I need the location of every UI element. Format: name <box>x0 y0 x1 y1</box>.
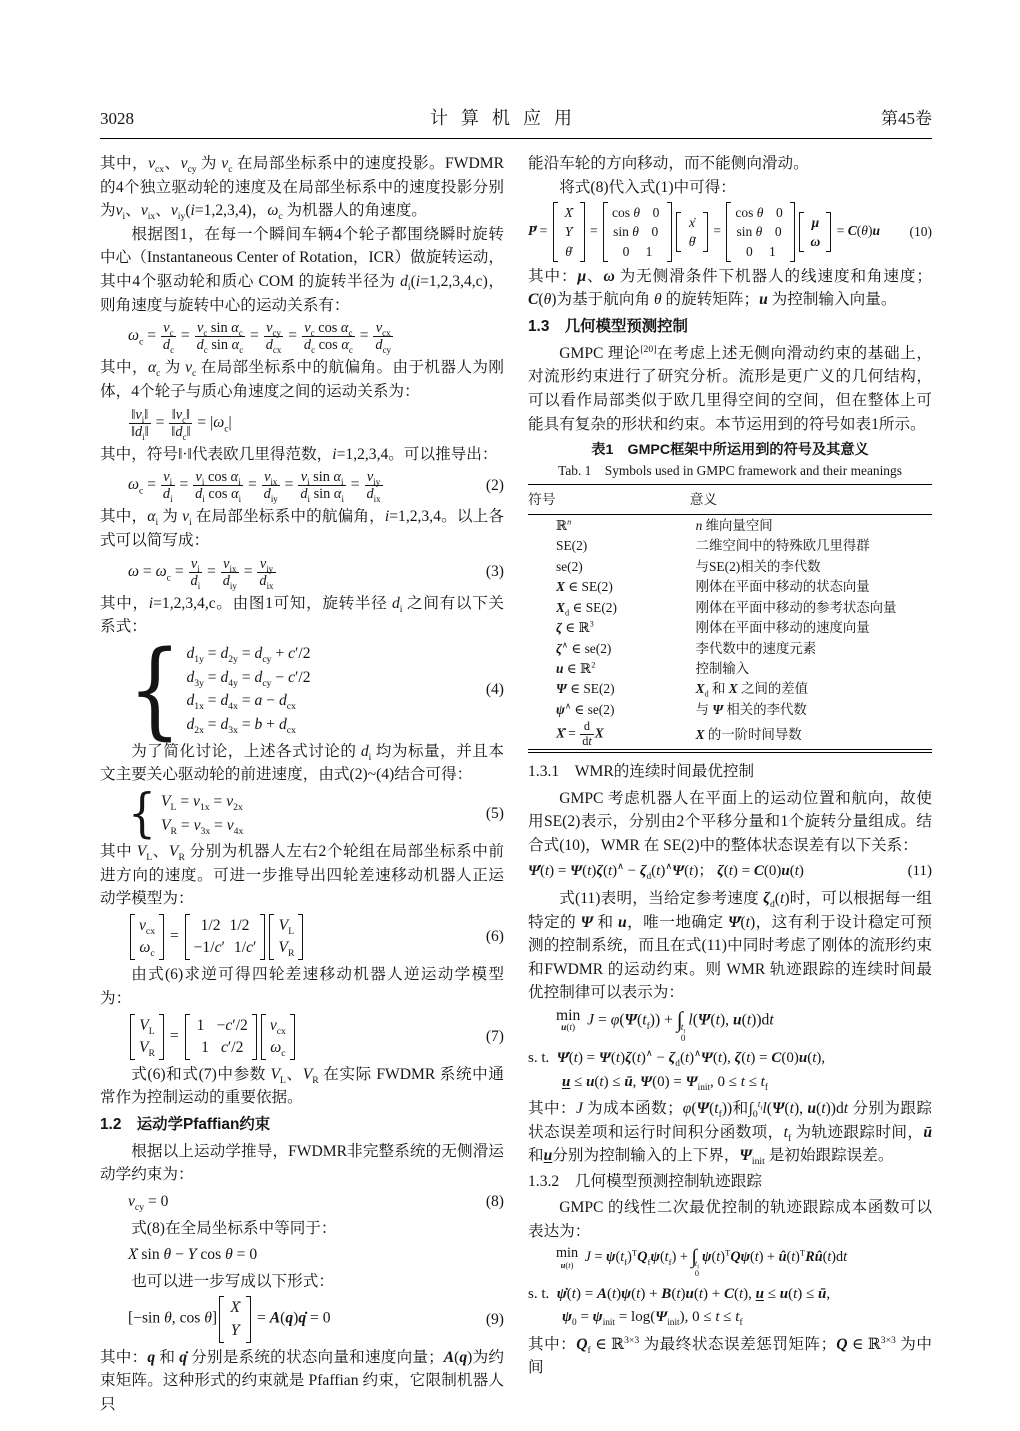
table-caption-zh: 表1 GMPC框架中所运用到的符号及其意义 <box>528 440 932 461</box>
paragraph-norm-note: 其中，符号‖·‖代表欧几里得范数，i=1,2,3,4。可以推导出： <box>100 443 504 467</box>
equation-4: {d1y = d2y = dcy + c′/2d3y = d4y = dcy −… <box>100 642 504 737</box>
page-header: 3028 计算机应用 第45卷 <box>100 104 932 130</box>
page-number: 3028 <box>100 109 134 129</box>
equation-11: Ψ̇(t) = Ψ(t)ζ(t)∧ − ζd(t)∧Ψ(t)； ζ(t) = C… <box>528 860 932 884</box>
equation-6: vcxωc = 1/21/2−1/c′1/c′VLVR(6) <box>100 914 504 960</box>
table-row: se(2)与SE(2)相关的李代数 <box>528 556 932 576</box>
paragraph-basis: 式(6)和式(7)中参数 VL、VR 在实际 FWDMR 系统中通常作为控制运动… <box>100 1063 504 1110</box>
table-1: 表1 GMPC框架中所运用到的符号及其意义 Tab. 1 Symbols use… <box>528 440 932 753</box>
paragraph-substitute: 将式(8)代入式(1)中可得： <box>528 176 932 200</box>
paragraph-projection: 其中，vcx、vcy 为 vc 在局部坐标系中的速度投影。FWDMR 的4个独立… <box>100 152 504 223</box>
journal-page: 3028 计算机应用 第45卷 其中，vcx、vcy 为 vc 在局部坐标系中的… <box>0 0 1020 1431</box>
header-rule <box>100 138 932 139</box>
col-header-meaning: 意义 <box>690 484 932 515</box>
table-row: X ∈ SE(2)刚体在平面中移动的状态向量 <box>528 577 932 597</box>
paragraph-penalty-matrices: 其中：Qf ∈ ℝ3×3 为最终状态误差惩罚矩阵；Q ∈ ℝ3×3 为中间 <box>528 1333 932 1380</box>
symbols-table: 符号 意义 ℝnn 维向量空间 SE(2)二维空间中的特殊欧几里得群 se(2)… <box>528 484 932 754</box>
equation-global-constraint: Ẋ sin θ − Ẏ cos θ = 0 <box>100 1243 504 1267</box>
table-row: Xd ∈ SE(2)刚体在平面中移动的参考状态向量 <box>528 597 932 617</box>
table-row: ζ ∈ ℝ3刚体在平面中移动的速度向量 <box>528 618 932 638</box>
paragraph-icr: 根据图1，在每一个瞬间车辆4个轮子都围绕瞬时旋转中心（Instantaneous… <box>100 223 504 317</box>
equation-norm-ratio: ‖vi‖‖di‖ = ‖vc‖‖dc‖ = |ωc| <box>100 407 504 440</box>
paragraph-eq11-explain: 式(11)表明，当给定参考速度 ζd(t)时，可以根据每一组特定的 Ψ 和 u，… <box>528 887 932 1005</box>
table-row: ℝnn 维向量空间 <box>528 515 932 536</box>
right-column: 能沿车轮的方向移动，而不能侧向滑动。 将式(8)代入式(1)中可得： Ṗ = … <box>528 152 932 1416</box>
paragraph-pfaffian-def: 其中：q 和 q̇ 分别是系统的状态向量和速度向量；A(q)为约束矩阵。这种形式… <box>100 1346 504 1417</box>
section-heading-1-3-1: 1.3.1 WMR的连续时间最优控制 <box>528 760 932 784</box>
table-caption-en: Tab. 1 Symbols used in GMPC framework an… <box>528 461 932 480</box>
table-row: Ψ ∈ SE(2)Xd 和 X 之间的差值 <box>528 679 932 699</box>
content-columns: 其中，vcx、vcy 为 vc 在局部坐标系中的速度投影。FWDMR 的4个独立… <box>100 152 932 1416</box>
section-heading-1-3: 1.3 几何模型预测控制 <box>528 315 932 339</box>
paragraph-mu-omega: 其中：μ、ω 为无侧滑条件下机器人的线速度和角速度；C(θ)为基于航向角 θ 的… <box>528 265 932 312</box>
equation-st-constraints-2: s. t. ψ̇(t) = A(t)ψ(t) + B(t)u(t) + C(t)… <box>528 1283 932 1330</box>
paragraph-rewrite: 也可以进一步写成以下形式： <box>100 1270 504 1294</box>
equation-3: ω = ωc = vidi = vixdiy = viydix(3) <box>100 556 504 589</box>
paragraph-se2-state: GMPC 考虑机器人在平面上的运动位置和航向，故使用SE(2)表示，分别由2个平… <box>528 787 932 858</box>
table-row: ζ∧ ∈ se(2)李代数中的速度元素 <box>528 638 932 658</box>
table-row: u ∈ ℝ2控制输入 <box>528 658 932 678</box>
table-row: Ẋ = ddtXX 的一阶时间导数 <box>528 720 932 752</box>
paragraph-cost-terms: 其中：J 为成本函数；φ(Ψ(tf))和∫0tfl(Ψ(t), u(t))dt … <box>528 1097 932 1168</box>
equation-10: Ṗ = ẊẎθ̇ = cos θ0sin θ001ẋθ̇ = cos θ… <box>528 202 932 261</box>
paragraph-global-frame: 式(8)在全局坐标系中等同于： <box>100 1217 504 1241</box>
equation-9: [−sin θ, cos θ]ẊẎ = A(q)q̇ = 0(9) <box>100 1296 504 1342</box>
paragraph-alpha-c: 其中，αc 为 vc 在局部坐标系中的航偏角。由于机器人为刚体，4个轮子与质心角… <box>100 356 504 403</box>
table-row: SE(2)二维空间中的特殊欧几里得群 <box>528 536 932 556</box>
equation-5: {VL = v1x = v2xVR = v3x = v4x(5) <box>100 790 504 837</box>
equation-min-J-quadratic: minu(t) J = ψ(tf)TQfψ(tf) + ∫tf0ψ(t)TQψ(… <box>528 1246 932 1279</box>
paragraph-no-slip: 能沿车轮的方向移动，而不能侧向滑动。 <box>528 152 932 176</box>
journal-name: 计算机应用 <box>430 104 585 130</box>
volume-label: 第45卷 <box>881 104 932 129</box>
table-row: ψ∧ ∈ se(2)与 Ψ 相关的李代数 <box>528 699 932 719</box>
paragraph-gmpc-theory: GMPC 理论[20]在考虑上述无侧向滑动约束的基础上，对流形约束进行了研究分析… <box>528 342 932 436</box>
paragraph-pfaffian-intro: 根据以上运动学推导，FWDMR非完整系统的无侧滑运动学约束为： <box>100 1140 504 1187</box>
equation-st-constraints: s. t. Ψ̇(t) = Ψ(t)ζ(t)∧ − ζd(t)∧Ψ(t), ζ(… <box>528 1047 932 1094</box>
col-header-symbol: 符号 <box>528 484 690 515</box>
equation-omega-center: ωc = vcdc = vc sin αcdc sin αc = vcydcx … <box>100 320 504 353</box>
section-heading-1-2: 1.2 运动学Pfaffian约束 <box>100 1113 504 1137</box>
paragraph-lq-cost: GMPC 的线性二次最优控制的轨迹跟踪成本函数可以表达为： <box>528 1196 932 1243</box>
equation-7: VLVR = 1−c′/21c′/2vcxωc(7) <box>100 1014 504 1060</box>
equation-2: ωc = vidi = vi cos αidi cos αi = vixdiy … <box>100 469 504 502</box>
equation-min-J: minu(t) J = φ(Ψ(tf)) + ∫tf0l(Ψ(t), u(t))… <box>528 1008 932 1044</box>
paragraph-alpha-i: 其中，αi 为 vi 在局部坐标系中的航偏角，i=1,2,3,4。以上各式可以简… <box>100 505 504 552</box>
section-heading-1-3-2: 1.3.2 几何模型预测控制轨迹跟踪 <box>528 1170 932 1194</box>
table-header-row: 符号 意义 <box>528 484 932 515</box>
equation-8: vcy = 0(8) <box>100 1190 504 1214</box>
paragraph-vl-vr: 其中 VL、VR 分别为机器人左右2个轮组在局部坐标系中前进方向的速度。可进一步… <box>100 840 504 911</box>
paragraph-inverse-model: 由式(6)求逆可得四轮差速移动机器人逆运动学模型为： <box>100 963 504 1010</box>
left-column: 其中，vcx、vcy 为 vc 在局部坐标系中的速度投影。FWDMR 的4个独立… <box>100 152 504 1416</box>
